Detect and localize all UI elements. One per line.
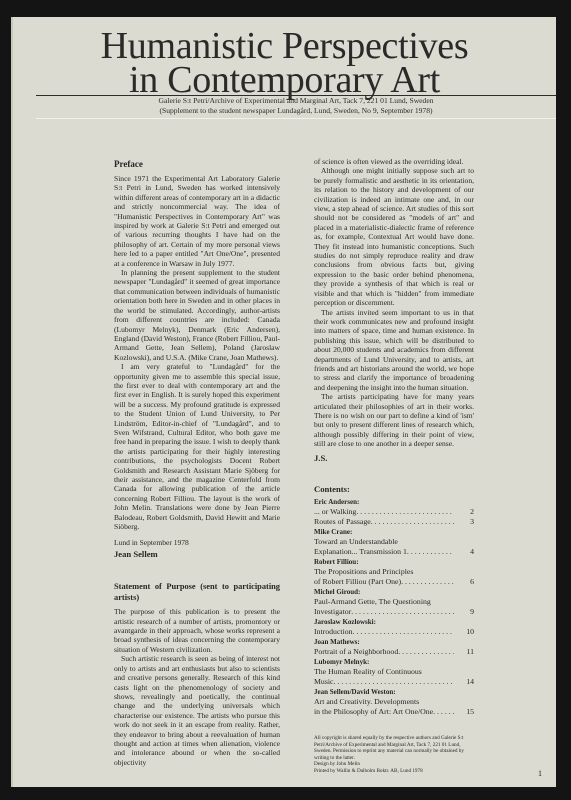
contents-item: Introduction10 [314,627,474,637]
printer-credit: Printed by Wallin & Dalholm Boktr. AB, L… [314,768,474,775]
publication-info: Galerie S:t Petri/Archive of Experimenta… [36,96,556,116]
contents-title-line: Paul-Armand Gette, The Questioning [314,597,474,607]
contents-item-title: Music [314,677,334,687]
left-column: Preface Since 1971 the Experimental Art … [114,159,280,767]
preface-paragraph: I am very grateful to "Lundagård" for th… [114,362,280,531]
table-of-contents: Contents: Eric Andersen:... or Walking2R… [314,485,474,717]
contents-item-page: 2 [454,507,474,517]
page-title: Humanistic Perspectives in Contemporary … [13,29,556,97]
statement-paragraph: Although one might initially suppose suc… [314,166,474,307]
title-line-1: Humanistic Perspectives [13,29,556,63]
publisher-address: Galerie S:t Petri/Archive of Experimenta… [36,96,556,106]
dot-leader [398,647,454,657]
contents-item-page: 10 [454,627,474,637]
title-line-2: in Contemporary Art [13,63,556,97]
copyright-note: All copyright is shared equally by the r… [314,735,474,761]
contents-item-page: 3 [454,517,474,527]
preface-paragraph: In planning the present supplement to th… [114,268,280,362]
preface-signature: Jean Sellem [114,550,280,559]
contents-item-title: of Robert Filliou (Part One) [314,577,401,587]
contents-item-title: Explanation... Transmission 1 [314,547,407,557]
contents-item-title: ... or Walking [314,507,356,517]
contents-item-title: Introduction [314,627,353,637]
preface-heading: Preface [114,159,280,170]
contents-item-page: 4 [454,547,474,557]
contents-item: in the Philosophy of Art: Art One/One15 [314,707,474,717]
contents-item-title: Investigator [314,607,351,617]
contents-author: Robert Filliou: [314,558,474,567]
dot-leader [371,517,454,527]
page-number: 1 [538,769,542,778]
contents-item-page: 11 [454,647,474,657]
right-column: of science is often viewed as the overri… [314,157,474,774]
contents-author: Eric Andersen: [314,498,474,507]
contents-item: Music14 [314,677,474,687]
statement-initials: J.S. [314,454,474,463]
contents-item-page: 9 [454,607,474,617]
header-rule-bottom [36,118,556,119]
statement-paragraph: The artists invited seem important to us… [314,308,474,393]
statement-paragraph: The purpose of this publication is to pr… [114,607,280,654]
contents-item: ... or Walking2 [314,507,474,517]
contents-title-line: Art and Creativity. Developments [314,697,474,707]
contents-author: Lubomyr Melnyk: [314,658,474,667]
contents-list: Eric Andersen:... or Walking2Routes of P… [314,498,474,717]
contents-title-line: The Propositions and Principles [314,567,474,577]
contents-item: Explanation... Transmission 14 [314,547,474,557]
contents-author: Mike Crane: [314,528,474,537]
contents-heading: Contents: [314,485,474,494]
contents-item: of Robert Filliou (Part One)6 [314,577,474,587]
contents-item-page: 14 [454,677,474,687]
preface-place-date: Lund in September 1978 [114,538,280,547]
contents-item: Routes of Passage3 [314,517,474,527]
colophon: All copyright is shared equally by the r… [314,735,474,774]
dot-leader [356,507,454,517]
contents-title-line: The Human Reality of Continuous [314,667,474,677]
contents-item-title: Routes of Passage [314,517,371,527]
document-page: Humanistic Perspectives in Contemporary … [13,17,556,787]
dot-leader [334,677,455,687]
preface-paragraph: Since 1971 the Experimental Art Laborato… [114,174,280,268]
contents-author: Jaroslaw Kozlowski: [314,618,474,627]
contents-item-title: in the Philosophy of Art: Art One/One [314,707,433,717]
contents-item-page: 6 [454,577,474,587]
dot-leader [433,707,454,717]
statement-heading: Statement of Purpose (sent to participat… [114,581,280,603]
statement-paragraph: of science is often viewed as the overri… [314,157,474,166]
dot-leader [407,547,454,557]
dot-leader [351,607,454,617]
contents-title-line: Toward an Understandable [314,537,474,547]
statement-paragraph: Such artistic research is seen as being … [114,654,280,767]
contents-author: Jean Sellem/David Weston: [314,688,474,697]
dot-leader [401,577,454,587]
contents-item: Investigator9 [314,607,474,617]
dot-leader [353,627,454,637]
contents-item: Portrait of a Neighborhood11 [314,647,474,657]
statement-paragraph: The artists participating have for many … [314,392,474,448]
contents-author: Michel Giroud: [314,588,474,597]
contents-item-page: 15 [454,707,474,717]
supplement-note: (Supplement to the student newspaper Lun… [36,106,556,116]
contents-author: Joan Mathews: [314,638,474,647]
contents-item-title: Portrait of a Neighborhood [314,647,398,657]
